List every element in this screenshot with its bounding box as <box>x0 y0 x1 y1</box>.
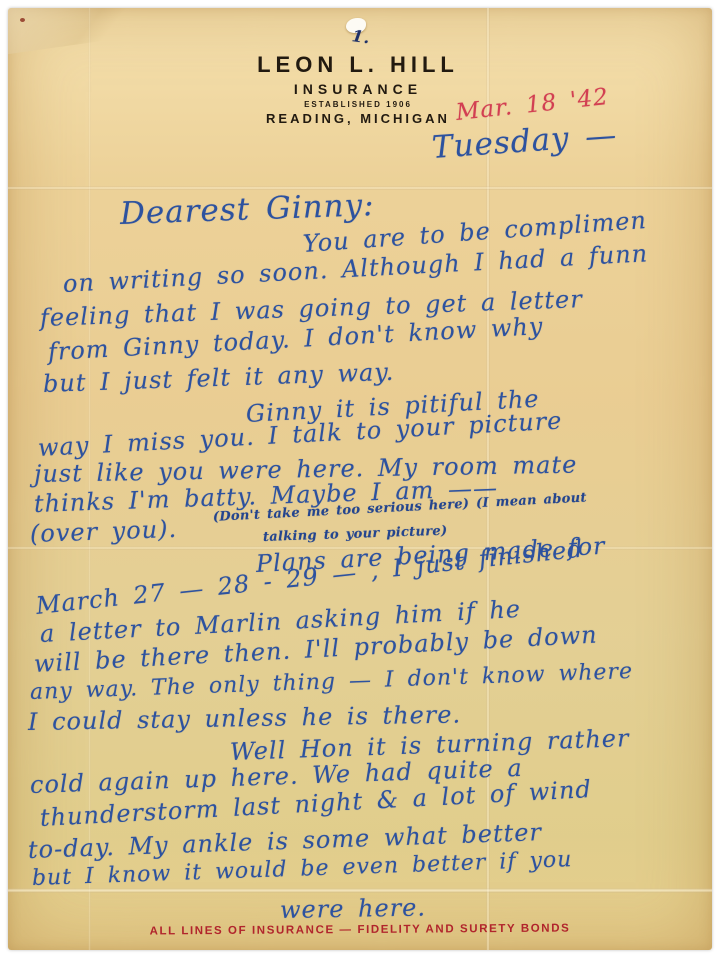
salutation: Dearest Ginny: <box>119 187 375 232</box>
letter-line: were here. <box>280 893 426 924</box>
ink-speck <box>20 18 25 22</box>
page-number: 1. <box>351 26 372 47</box>
letterhead-footer: ALL LINES OF INSURANCE — FIDELITY AND SU… <box>8 922 712 939</box>
horizontal-fold-crease <box>8 888 712 893</box>
letterhead-name: LEON L. HILL <box>118 52 598 78</box>
letter-sheet: 1. LEON L. HILL INSURANCE ESTABLISHED 19… <box>8 8 712 950</box>
letter-line: (over you). <box>30 515 178 548</box>
letter-line: but I just felt it any way. <box>43 358 395 398</box>
corner-crease <box>8 8 182 58</box>
letter-line: I could stay unless he is there. <box>28 700 462 736</box>
